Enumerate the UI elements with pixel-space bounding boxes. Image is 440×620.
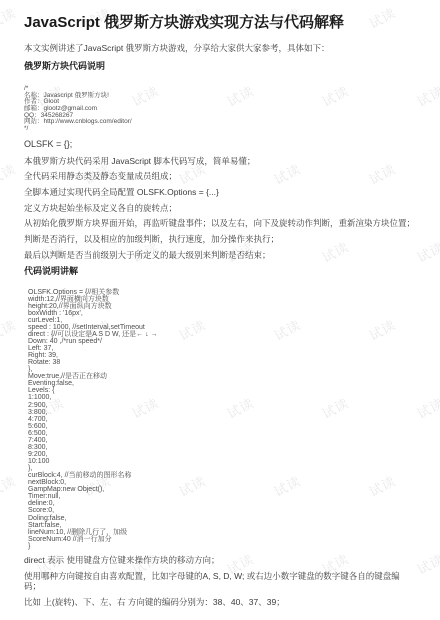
code-line: boxWidth : '16px',	[28, 310, 416, 317]
description-paragraph: 本俄罗斯方块代码采用 JavaScript 脚本代码写成，简单易懂；	[24, 156, 416, 166]
comment-line: 名称：Javascript 俄罗斯方块!	[24, 93, 416, 100]
intro-paragraph: 本文实例讲述了JavaScript 俄罗斯方块游戏，分享给大家供大家参考，具体如…	[24, 43, 416, 53]
code-line: 4:700,	[28, 416, 416, 423]
comment-line: */	[24, 126, 416, 133]
code-line: deline:0,	[28, 500, 416, 507]
code-line: 1:1000,	[28, 394, 416, 401]
description-paragraph: 最后以判断是否当前级别大于所定义的最大级别来判断是否结束；	[24, 250, 416, 260]
description-paragraph: 定义方块起始坐标及定义各自的旋转点；	[24, 203, 416, 213]
code-line: 5:600,	[28, 423, 416, 430]
code-line: 7:400,	[28, 437, 416, 444]
code-line: Start:false,	[28, 522, 416, 529]
code-comment-block: /*名称：Javascript 俄罗斯方块!作者：Gloot邮箱：glootz@…	[24, 86, 416, 133]
comment-line: 网站：http://www.cnblogs.com/editor/	[24, 119, 416, 126]
code-line: Rotate: 38	[28, 359, 416, 366]
code-line: Right: 39,	[28, 352, 416, 359]
code-line: direct : {//可以设定是A S D W, 还是← ↓ →	[28, 331, 416, 338]
description-paragraph: 判断是否消行，以及相应的加级判断，执行速度，加分操作来执行；	[24, 234, 416, 244]
code-line: Score:0,	[28, 507, 416, 514]
comment-line: 邮箱：glootz@gmail.com	[24, 106, 416, 113]
footer-paragraph: 使用哪种方向键按自由喜欢配置，比如字母键的A, S, D, W; 或右边小数字键…	[24, 571, 416, 591]
description-paragraphs: 本俄罗斯方块代码采用 JavaScript 脚本代码写成，简单易懂；全代码采用静…	[24, 156, 416, 260]
code-line: 10:100	[28, 458, 416, 465]
code-line: curBlock:4, //当前移动的图形名称	[28, 472, 416, 479]
code-line: curLevel:1,	[28, 317, 416, 324]
document-page: 试读试读试读试读试读试读试读试读试读试读试读试读试读试读试读试读试读试读试读试读…	[0, 0, 440, 620]
code-line: 8:300,	[28, 444, 416, 451]
code-line: 3:800,	[28, 409, 416, 416]
code-line: 9:200,	[28, 451, 416, 458]
footer-paragraph: 比如 上(旋转)、下、左、右 方向键的编码分别为：38、40、37、39；	[24, 597, 416, 607]
olsfk-declaration: OLSFK = {};	[24, 139, 416, 149]
code-line: ScoreNum:40 //消一行加分	[28, 536, 416, 543]
page-title: JavaScript 俄罗斯方块游戏实现方法与代码解释	[24, 14, 416, 31]
article-content: JavaScript 俄罗斯方块游戏实现方法与代码解释 本文实例讲述了JavaS…	[0, 14, 440, 607]
code-line: 2:900,	[28, 402, 416, 409]
code-line: Levels: {	[28, 387, 416, 394]
description-paragraph: 全代码采用静态类及静态变量成员组成；	[24, 171, 416, 181]
code-line: Left: 37,	[28, 345, 416, 352]
code-line: GampMap:new Object(),	[28, 486, 416, 493]
code-line: 6:500,	[28, 430, 416, 437]
code-line: Timer:null,	[28, 493, 416, 500]
options-code-block: OLSFK.Options = {//相关参数width:12,//界面横向方块…	[24, 289, 416, 550]
section-heading-code-explanation: 代码说明讲解	[24, 266, 416, 276]
code-line: width:12,//界面横向方块数	[28, 296, 416, 303]
code-line: nextBlock:0,	[28, 479, 416, 486]
code-line: Eventing:false,	[28, 380, 416, 387]
footer-paragraph: direct 表示 使用键盘方位键来操作方块的移动方向；	[24, 555, 416, 565]
code-line: speed : 1000, //setInterval,setTimeout	[28, 324, 416, 331]
code-line: Move:true,//是否正在移动	[28, 373, 416, 380]
description-paragraph: 从初始化俄罗斯方块界面开始，再监听键盘事件；以及左右，向下及旋转动作判断，重新渲…	[24, 218, 416, 228]
footer-paragraphs: direct 表示 使用键盘方位键来操作方块的移动方向；使用哪种方向键按自由喜欢…	[24, 555, 416, 607]
code-line: lineNum:10, //删除几行了，加级	[28, 529, 416, 536]
description-paragraph: 全脚本通过实现代码全局配置 OLSFK.Options = {...}	[24, 187, 416, 197]
code-line: OLSFK.Options = {//相关参数	[28, 289, 416, 296]
code-line: Doling:false,	[28, 515, 416, 522]
code-line: height:20,//界面纵向方块数	[28, 303, 416, 310]
code-line: Down: 40 ,/*run speed*/	[28, 338, 416, 345]
code-line: }	[28, 543, 416, 550]
section-heading-code-description: 俄罗斯方块代码说明	[24, 61, 416, 71]
